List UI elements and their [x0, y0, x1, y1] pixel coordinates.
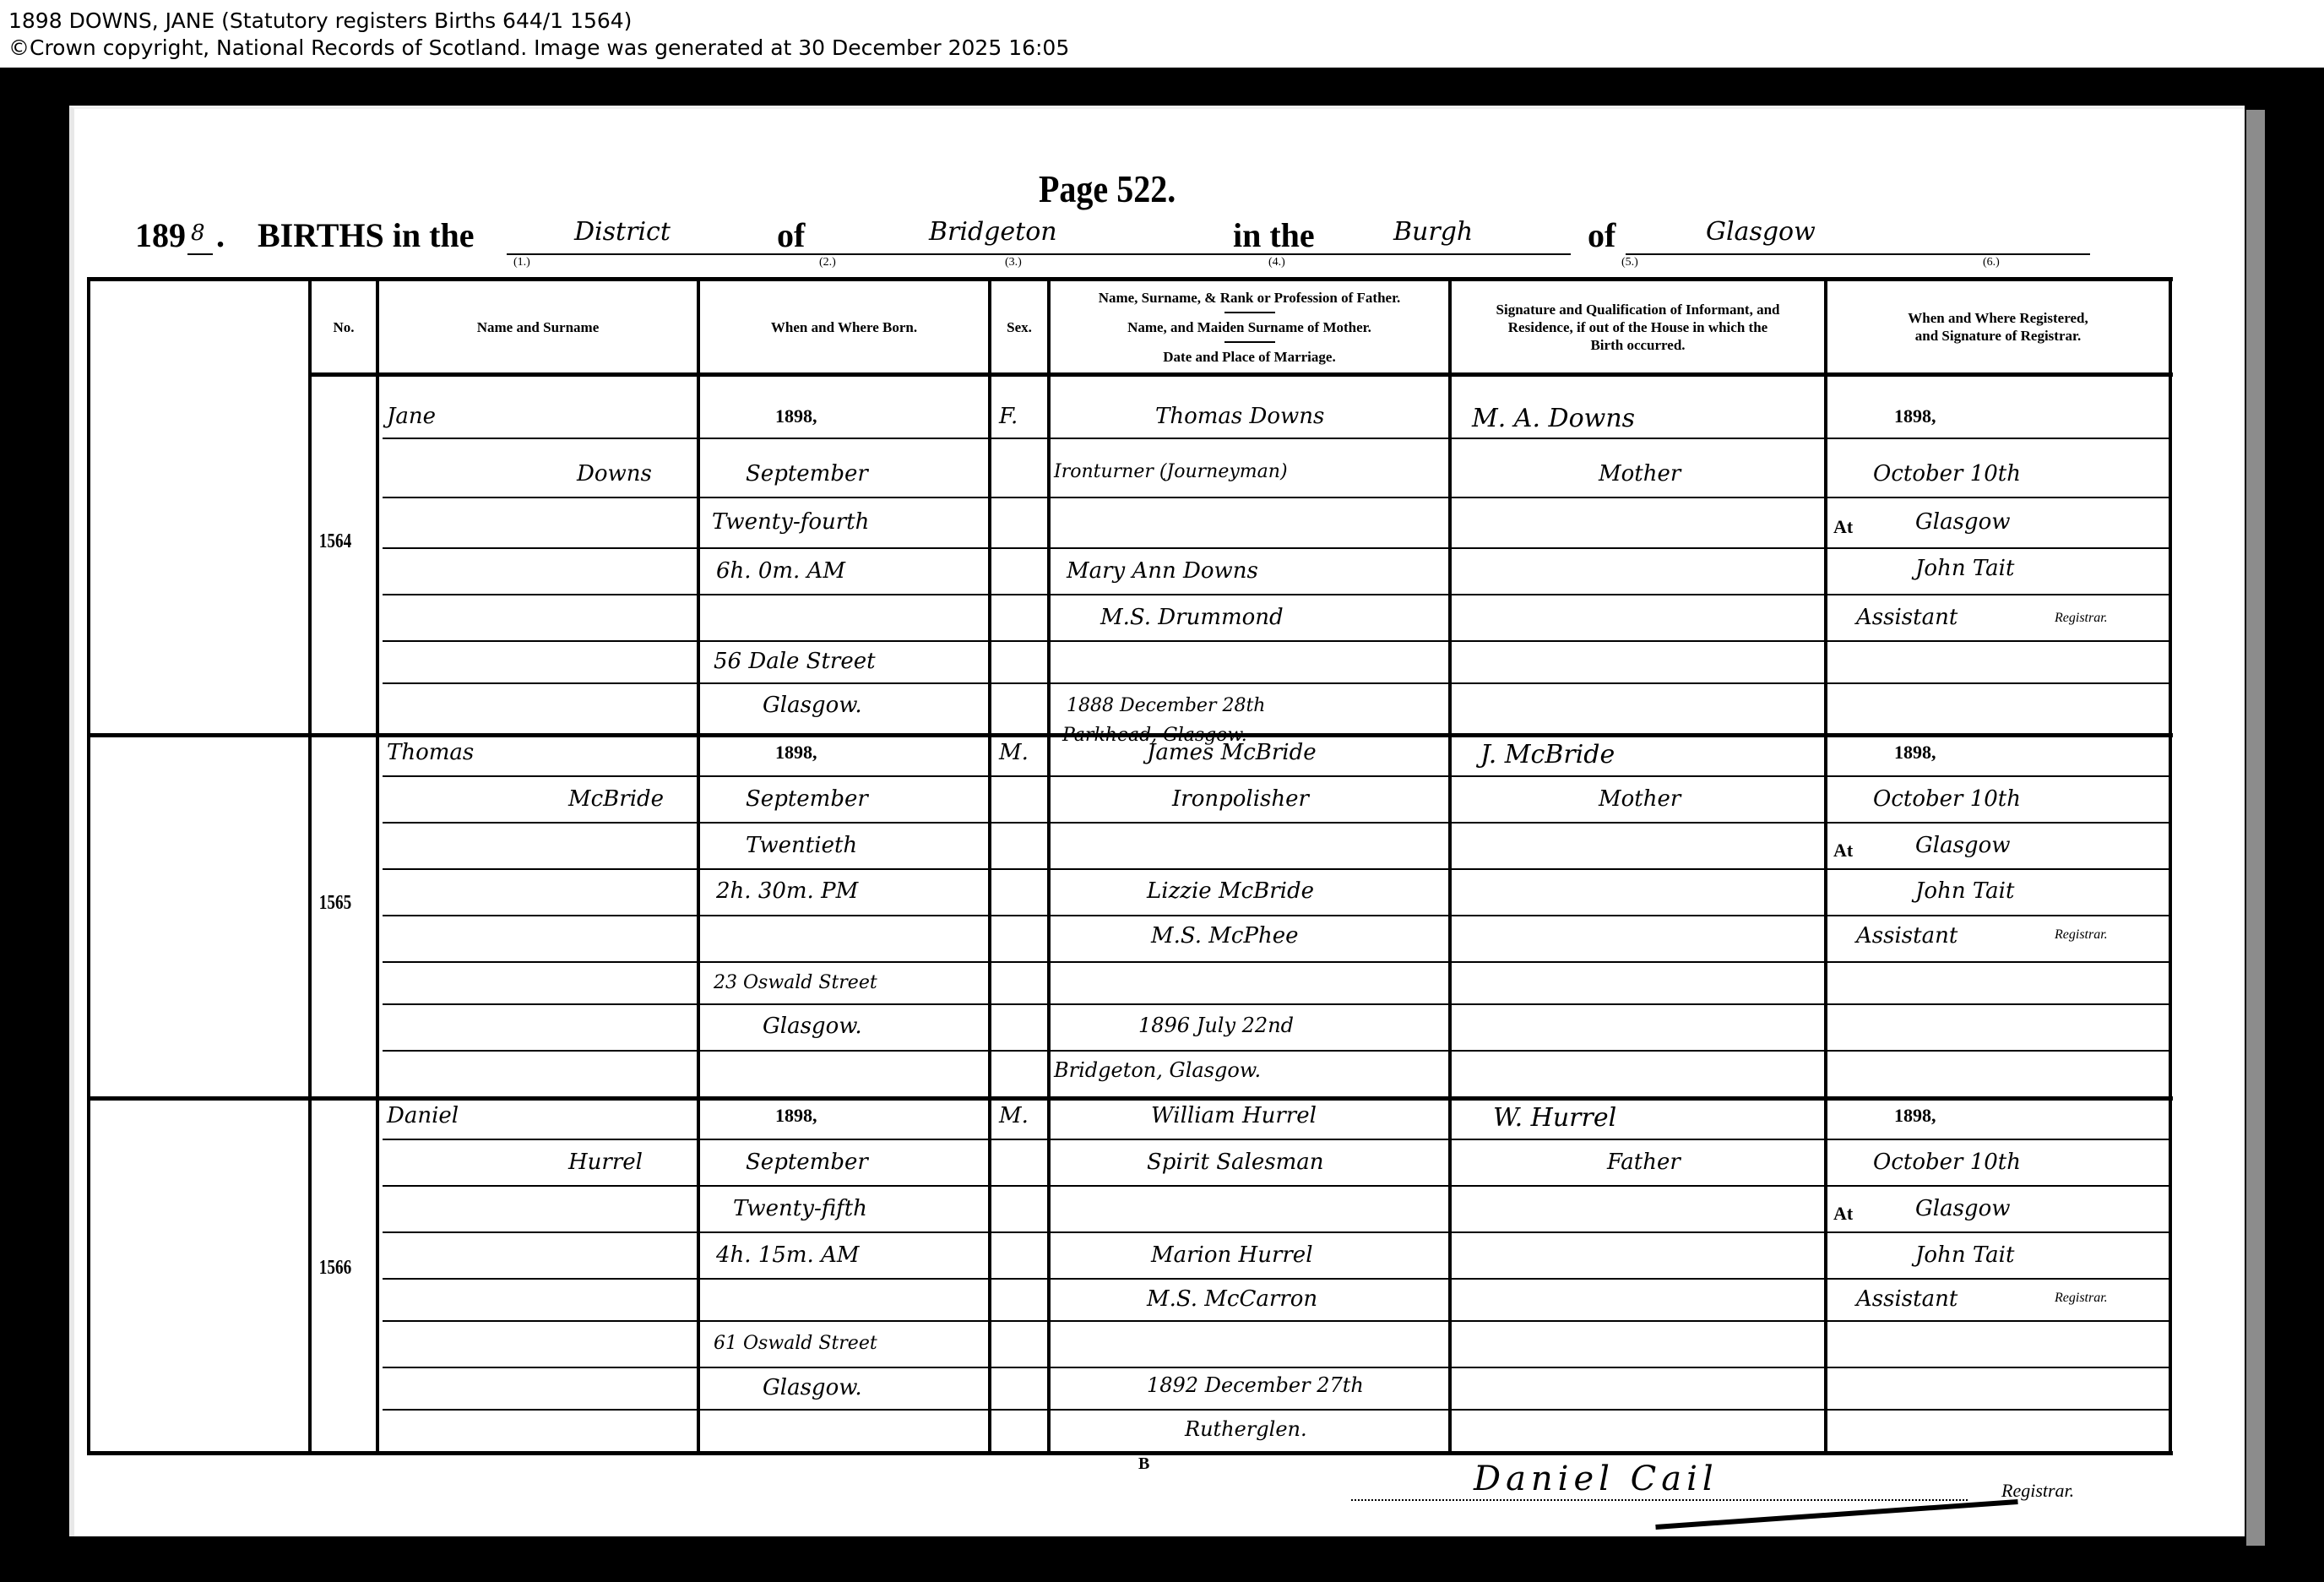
born-day: Twentieth	[746, 833, 857, 858]
born-year: 1898,	[775, 1105, 817, 1127]
reg-at-label: At	[1833, 516, 1853, 538]
informant-qualification: Father	[1607, 1150, 1681, 1175]
forename: Daniel	[387, 1103, 459, 1128]
registrar-title: Assistant	[1856, 923, 1957, 949]
mother-maiden: M.S. McPhee	[1151, 923, 1299, 949]
born-day: Twenty-fifth	[733, 1196, 867, 1221]
year-digit: 8	[191, 220, 205, 246]
born-time: 4h. 15m. AM	[716, 1242, 859, 1268]
surname: Hurrel	[568, 1150, 643, 1175]
sex: M.	[999, 740, 1029, 765]
father-name: James McBride	[1147, 740, 1317, 765]
reg-place: Glasgow	[1915, 833, 2010, 858]
informant-signature: M. A. Downs	[1472, 404, 1635, 433]
header-sex: Sex.	[991, 281, 1047, 372]
born-month: September	[746, 461, 868, 487]
header-registered: When and Where Registered, and Signature…	[1827, 281, 2169, 372]
registrar-suffix: Registrar.	[2055, 927, 2108, 943]
reg-year: 1898,	[1894, 1105, 1936, 1127]
born-place: Glasgow.	[763, 693, 862, 718]
marriage-place: Rutherglen.	[1185, 1417, 1307, 1441]
mother-maiden: M.S. Drummond	[1100, 605, 1284, 630]
registrar-label: Registrar.	[2001, 1480, 2074, 1502]
marriage-date: 1896 July 22nd	[1138, 1014, 1294, 1037]
district-type: District	[574, 217, 671, 247]
reg-at-label: At	[1833, 1203, 1853, 1225]
reg-date: October 10th	[1873, 461, 2021, 487]
reg-date: October 10th	[1873, 786, 2021, 812]
born-address: 56 Dale Street	[714, 649, 876, 674]
forename: Thomas	[387, 740, 474, 765]
registrar-signature: John Tait	[1915, 1242, 2014, 1268]
district-name: Bridgeton	[929, 217, 1057, 247]
header-no: No.	[312, 281, 376, 372]
reg-year: 1898,	[1894, 742, 1936, 764]
burgh-name: Glasgow	[1706, 217, 1816, 247]
entry-number: 1566	[319, 1257, 351, 1280]
sex: M.	[999, 1103, 1029, 1128]
informant-signature: J. McBride	[1480, 740, 1615, 769]
reg-at-label: At	[1833, 840, 1853, 862]
burgh-type: Burgh	[1393, 217, 1473, 247]
page-mark: B	[1138, 1454, 1149, 1474]
informant-qualification: Mother	[1599, 786, 1681, 812]
forename: Jane	[387, 404, 436, 429]
registrar-title: Assistant	[1856, 1286, 1957, 1312]
surname: Downs	[577, 461, 652, 487]
births-register-table: No. Name and Surname When and Where Born…	[87, 277, 2173, 1453]
header-parents: Name, Surname, & Rank or Profession of F…	[1051, 281, 1448, 372]
births-label: BIRTHS in the	[258, 215, 474, 255]
mother-name: Lizzie McBride	[1147, 878, 1314, 904]
mother-maiden: M.S. McCarron	[1147, 1286, 1317, 1312]
born-address: 61 Oswald Street	[714, 1333, 877, 1354]
reg-year: 1898,	[1894, 405, 1936, 427]
born-place: Glasgow.	[763, 1014, 862, 1039]
year-prefix: 189	[135, 215, 186, 255]
informant-qualification: Mother	[1599, 461, 1681, 487]
header-name: Name and Surname	[379, 281, 697, 372]
mother-name: Mary Ann Downs	[1067, 558, 1258, 584]
born-year: 1898,	[775, 742, 817, 764]
father-occupation: Spirit Salesman	[1147, 1150, 1324, 1175]
born-time: 6h. 0m. AM	[716, 558, 845, 584]
district-registrar-signature: Daniel Cail	[1474, 1460, 1719, 1498]
reg-place: Glasgow	[1915, 509, 2010, 535]
mother-name: Marion Hurrel	[1151, 1242, 1313, 1268]
marriage-date: 1888 December 28th	[1067, 695, 1265, 716]
informant-signature: W. Hurrel	[1493, 1103, 1616, 1133]
surname: McBride	[568, 786, 664, 812]
record-title: 1898 DOWNS, JANE (Statutory registers Bi…	[8, 8, 632, 34]
born-place: Glasgow.	[763, 1375, 862, 1400]
father-name: William Hurrel	[1151, 1103, 1317, 1128]
registrar-title: Assistant	[1856, 605, 1957, 630]
entry-number: 1564	[319, 530, 351, 553]
year-blank	[187, 253, 213, 255]
born-day: Twenty-fourth	[712, 509, 869, 535]
registrar-signature-line	[1351, 1499, 1968, 1501]
header-when-where: When and Where Born.	[700, 281, 988, 372]
born-year: 1898,	[775, 405, 817, 427]
sex: F.	[999, 404, 1018, 429]
page-number: Page 522.	[1039, 166, 1176, 211]
registrar-suffix: Registrar.	[2055, 611, 2108, 626]
born-address: 23 Oswald Street	[714, 972, 877, 993]
born-month: September	[746, 1150, 868, 1175]
marriage-date: 1892 December 27th	[1147, 1373, 1364, 1397]
reg-date: October 10th	[1873, 1150, 2021, 1175]
father-occupation: Ironturner (Journeyman)	[1054, 461, 1288, 482]
registrar-signature: John Tait	[1915, 556, 2014, 581]
copyright-notice: ©Crown copyright, National Records of Sc…	[8, 35, 1069, 61]
entry-number: 1565	[319, 892, 351, 915]
page-edge	[2246, 110, 2265, 1546]
marriage-place: Bridgeton, Glasgow.	[1054, 1058, 1261, 1082]
registrar-suffix: Registrar.	[2055, 1291, 2108, 1306]
born-time: 2h. 30m. PM	[716, 878, 858, 904]
born-month: September	[746, 786, 868, 812]
father-name: Thomas Downs	[1155, 404, 1324, 429]
register-title: 189 8 . BIRTHS in the District of Bridge…	[135, 215, 2120, 266]
reg-place: Glasgow	[1915, 1196, 2010, 1221]
registrar-signature: John Tait	[1915, 878, 2014, 904]
header-informant: Signature and Qualification of Informant…	[1452, 281, 1824, 372]
father-occupation: Ironpolisher	[1172, 786, 1309, 812]
